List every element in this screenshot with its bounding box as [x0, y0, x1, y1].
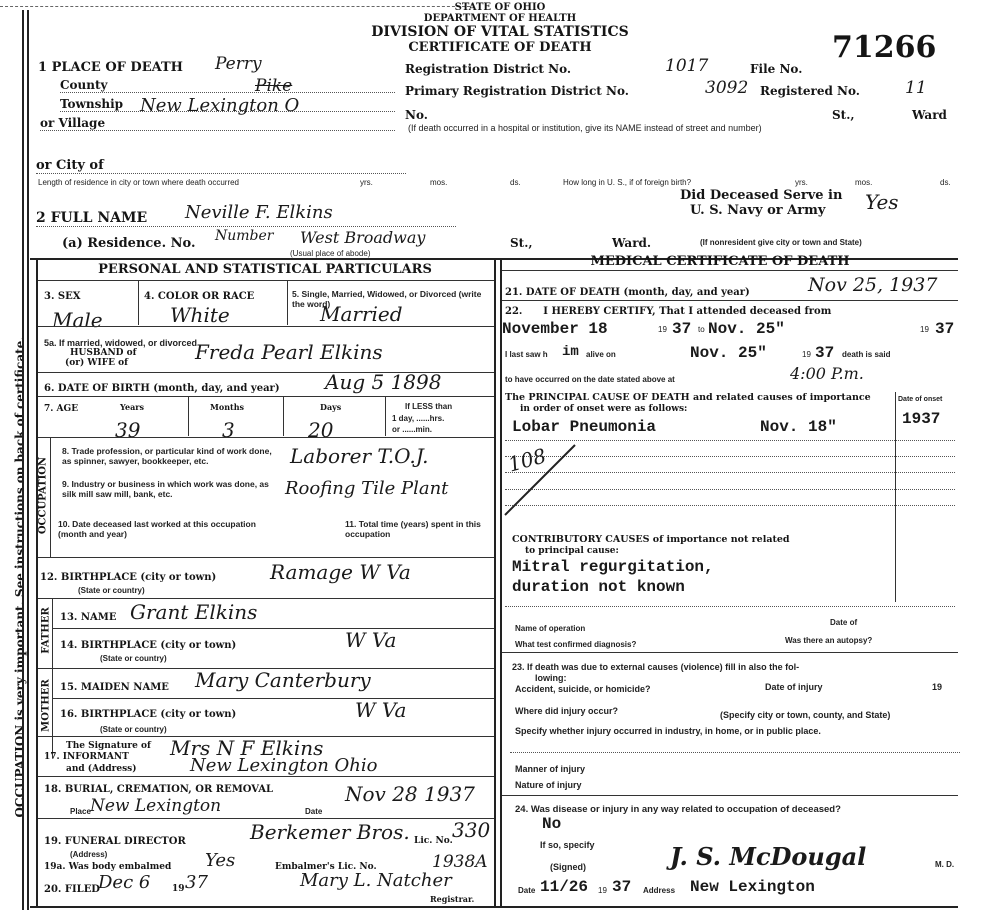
father-state-label: (State or country): [100, 654, 167, 663]
last-saw-year: 37: [815, 344, 834, 362]
if-so-label: If so, specify: [540, 840, 595, 850]
mother-side-label: MOTHER: [41, 666, 52, 746]
years-value: 39: [115, 418, 140, 442]
rule: [502, 270, 958, 271]
rule: [38, 280, 494, 281]
st-label: St.,: [832, 108, 855, 122]
contributory-label-1: CONTRIBUTORY CAUSES of importance not re…: [512, 534, 790, 545]
attended-to-year-prefix: 19: [920, 325, 929, 334]
rule: [38, 557, 494, 558]
residence-label: (a) Residence. No.: [62, 236, 196, 251]
industry-label: 9. Industry or business in which work wa…: [62, 479, 277, 499]
industry-value: Roofing Tile Plant: [285, 478, 448, 499]
attended-from-year: 37: [672, 320, 691, 338]
cause-label-2: in order of onset were as follows:: [520, 404, 687, 414]
rule: [38, 326, 494, 327]
registrar-label: Registrar.: [430, 894, 474, 904]
age-label: 7. AGE: [44, 404, 78, 414]
attended-to-label: to: [698, 325, 705, 334]
father-name-label: 13. NAME: [60, 612, 116, 623]
left-inner-border: [36, 258, 38, 908]
trade-label: 8. Trade profession, or particular kind …: [62, 446, 277, 466]
filed-year-prefix: 19: [172, 884, 185, 894]
attended-from-year-prefix: 19: [658, 325, 667, 334]
embalmed-label: 19a. Was body embalmed: [44, 862, 171, 872]
mother-name-label: 15. MAIDEN NAME: [60, 682, 169, 693]
cause-line: [505, 606, 955, 608]
village-label: or Village: [40, 116, 395, 131]
military-label-2: U. S. Navy or Army: [690, 203, 825, 218]
principal-cause-date: Nov. 18": [760, 418, 837, 436]
filed-date-value: Dec 6: [98, 872, 150, 893]
residence-mos: mos.: [430, 178, 447, 187]
months-label: Months: [210, 402, 244, 412]
no-label: No.: [405, 108, 428, 122]
alive-on-label: alive on: [586, 350, 616, 359]
burial-place-label: Place: [70, 807, 91, 816]
residence-st-label: St.,: [510, 236, 533, 250]
injury-year: 19: [932, 682, 942, 692]
foreign-birth-label: How long in U. S., if of foreign birth?: [563, 178, 691, 187]
rule: [38, 396, 494, 397]
spouse-label-2: HUSBAND of: [70, 348, 136, 358]
rule: [52, 628, 494, 629]
days-value: 20: [308, 418, 333, 442]
village-value: New Lexington O: [140, 95, 299, 116]
father-name-value: Grant Elkins: [130, 600, 257, 624]
signed-value: J. S. McDougal: [670, 842, 866, 871]
last-saw-date: Nov. 25": [690, 344, 767, 362]
occupation-side-label: OCCUPATION: [38, 451, 49, 541]
frame-left-inner: [27, 10, 29, 910]
sex-label: 3. SEX: [44, 291, 81, 302]
death-said-label: death is said: [842, 350, 890, 359]
father-birthplace-label: 14. BIRTHPLACE (city or town): [60, 640, 236, 651]
header-state: STATE OF OHIO: [390, 2, 610, 13]
dob-label: 6. DATE OF BIRTH (month, day, and year): [44, 383, 280, 394]
where-label: Where did injury occur?: [515, 706, 618, 716]
foreign-mos: mos.: [855, 178, 872, 187]
days-label: Days: [320, 402, 341, 412]
operation-label: Name of operation: [515, 624, 585, 633]
rule: [502, 300, 958, 301]
occupation-related-label: 24. Was disease or injury in any way rel…: [515, 804, 841, 815]
contributory-label-2: to principal cause:: [525, 546, 619, 556]
certify-label: 22. I HEREBY CERTIFY, That I attended de…: [505, 306, 831, 317]
primary-district-value: 3092: [705, 78, 748, 98]
principal-cause-value: Lobar Pneumonia: [512, 418, 656, 436]
less-label-1: If LESS than: [405, 402, 452, 411]
cause-line: [510, 752, 960, 754]
burial-label: 18. BURIAL, CREMATION, OR REMOVAL: [44, 784, 273, 795]
city-label: or City of: [36, 158, 406, 174]
rule: [138, 280, 139, 325]
years-label: Years: [120, 402, 144, 412]
place-of-death-label: 1 PLACE OF DEATH: [38, 60, 183, 75]
date-label: Date: [518, 886, 535, 895]
rule: [38, 598, 494, 599]
county-label: County: [60, 78, 395, 93]
rule: [38, 776, 494, 777]
county-value: Perry: [215, 54, 262, 74]
full-name-value: Neville F. Elkins: [185, 202, 333, 223]
test-label: What test confirmed diagnosis?: [515, 640, 636, 649]
checkmark-slash-icon: [500, 440, 580, 520]
rule: [502, 795, 958, 796]
funeral-lic-label: Lic. No.: [414, 836, 453, 846]
center-divider-2: [500, 258, 502, 908]
less-label-3: or ......min.: [392, 425, 432, 434]
funeral-label: 19. FUNERAL DIRECTOR: [44, 836, 186, 847]
funeral-address-label: (Address): [70, 850, 107, 859]
mother-birthplace-value: W Va: [355, 698, 406, 722]
time-value: 4:00 P.m.: [790, 364, 864, 383]
medical-section-title: MEDICAL CERTIFICATE OF DEATH: [520, 254, 920, 269]
registered-no-value: 11: [905, 78, 927, 98]
burial-date-value: Nov 28 1937: [345, 782, 475, 806]
last-worked-label: 10. Date deceased last worked at this oc…: [58, 519, 278, 539]
attended-to-year: 37: [935, 320, 954, 338]
mother-state-label: (State or country): [100, 725, 167, 734]
registrar-value: Mary L. Natcher: [300, 870, 452, 891]
autopsy-label: Was there an autopsy?: [785, 636, 872, 645]
where-note: (Specify city or town, county, and State…: [720, 710, 890, 720]
header-division: DIVISION OF VITAL STATISTICS: [340, 24, 660, 40]
spouse-label-1: 5a. If married, widowed, or divorced: [44, 338, 197, 348]
specify-label: Specify whether injury occurred in indus…: [515, 726, 821, 736]
spouse-value: Freda Pearl Elkins: [195, 340, 383, 364]
rule: [50, 437, 51, 557]
embalmer-lic-value: 1938A: [432, 852, 488, 872]
funeral-lic-value: 330: [452, 818, 490, 842]
residence-ward-label: Ward.: [612, 236, 651, 250]
principal-cause-onset: 1937: [902, 410, 940, 428]
contributory-1-value: Mitral regurgitation,: [512, 558, 714, 576]
embalmed-value: Yes: [205, 850, 235, 871]
residence-yrs: yrs.: [360, 178, 373, 187]
personal-section-title: PERSONAL AND STATISTICAL PARTICULARS: [40, 262, 490, 277]
residence-no-value: Number: [215, 228, 273, 244]
header-department: DEPARTMENT OF HEALTH: [360, 13, 640, 24]
informant-label-2: 17. INFORMANT: [44, 752, 129, 762]
onset-header: Date of onset: [898, 396, 942, 403]
center-divider: [494, 258, 496, 908]
reg-district-value: 1017: [665, 56, 708, 76]
months-value: 3: [222, 418, 235, 442]
side-instruction-note: OCCUPATION is very important. See instru…: [13, 257, 27, 897]
rule: [287, 280, 288, 325]
signed-label: (Signed): [550, 862, 586, 872]
residence-street-value: West Broadway: [300, 228, 425, 247]
hospital-note: (If death occurred in a hospital or inst…: [408, 123, 762, 133]
rule: [38, 437, 494, 438]
foreign-yrs: yrs.: [795, 178, 808, 187]
dod-value: Nov 25, 1937: [808, 274, 937, 296]
ward-label: Ward: [912, 108, 947, 122]
less-label-2: 1 day, ......hrs.: [392, 414, 444, 423]
injury-date-label: Date of injury: [765, 682, 823, 692]
abode-note: (Usual place of abode): [290, 249, 371, 258]
military-value: Yes: [865, 190, 899, 214]
race-value: White: [170, 303, 230, 327]
attended-to-value: Nov. 25": [708, 320, 785, 338]
manner-label: Manner of injury: [515, 764, 585, 774]
township-value: Pike: [255, 76, 292, 96]
rule: [385, 396, 386, 436]
dod-label: 21. DATE OF DEATH (month, day, and year): [505, 287, 750, 298]
primary-district-label: Primary Registration District No.: [405, 84, 629, 98]
birthplace-value: Ramage W Va: [270, 560, 411, 584]
birthplace-state-label: (State or country): [78, 586, 145, 595]
bottom-rule: [30, 906, 958, 908]
occurred-label: to have occurred on the date stated abov…: [505, 375, 675, 384]
rule: [52, 698, 494, 699]
residence-ds: ds.: [510, 178, 521, 187]
burial-place-value: New Lexington: [90, 796, 221, 816]
rule: [52, 598, 53, 758]
certificate-number: 71266: [832, 30, 936, 65]
contributory-2-value: duration not known: [512, 578, 685, 596]
mother-name-value: Mary Canterbury: [195, 668, 371, 692]
marital-value: Married: [320, 302, 403, 326]
funeral-value: Berkemer Bros.: [250, 820, 410, 844]
rule: [502, 652, 958, 653]
frame-left-outer: [22, 10, 24, 910]
dob-value: Aug 5 1898: [325, 370, 441, 394]
signed-date-year-prefix: 19: [598, 886, 607, 895]
father-birthplace-value: W Va: [345, 628, 396, 652]
occupation-related-value: No: [542, 815, 561, 833]
foreign-ds: ds.: [940, 178, 951, 187]
filed-label: 20. FILED: [44, 884, 100, 895]
signed-date-value: 11/26: [540, 878, 588, 896]
mother-birthplace-label: 16. BIRTHPLACE (city or town): [60, 709, 236, 720]
last-saw-label: I last saw h: [505, 350, 548, 359]
spouse-label-3: (or) WIFE of: [65, 358, 128, 368]
informant-label-1: The Signature of: [66, 741, 151, 751]
residence-length-label: Length of residence in city or town wher…: [38, 178, 239, 187]
rule: [38, 818, 494, 819]
rule: [188, 396, 189, 436]
signed-date-year: 37: [612, 878, 631, 896]
address-value: New Lexington: [690, 878, 815, 896]
address-label: Address: [643, 886, 675, 895]
cause-label-1: The PRINCIPAL CAUSE OF DEATH and related…: [505, 392, 871, 403]
trade-value: Laborer T.O.J.: [290, 444, 429, 468]
nonresident-note: (If nonresident give city or town and St…: [700, 238, 862, 247]
md-label: M. D.: [935, 860, 954, 869]
external-label-1: 23. If death was due to external causes …: [512, 662, 799, 672]
attended-from-value: November 18: [502, 320, 608, 338]
rule: [283, 396, 284, 436]
nature-label: Nature of injury: [515, 780, 582, 790]
header-certificate: CERTIFICATE OF DEATH: [370, 40, 630, 55]
reg-district-label: Registration District No.: [405, 62, 571, 76]
total-time-label: 11. Total time (years) spent in this occ…: [345, 519, 490, 539]
filed-year-value: 37: [185, 872, 208, 893]
registered-no-label: Registered No.: [760, 84, 860, 98]
external-label-2: lowing:: [535, 673, 567, 683]
file-no-label: File No.: [750, 62, 802, 76]
father-side-label: FATHER: [41, 591, 52, 671]
operation-date-label: Date of: [830, 618, 857, 627]
sex-value: Male: [52, 308, 103, 332]
birthplace-label: 12. BIRTHPLACE (city or town): [40, 572, 216, 583]
last-saw-year-prefix: 19: [802, 350, 811, 359]
last-saw-pronoun: im: [562, 344, 579, 360]
burial-date-label: Date: [305, 807, 322, 816]
military-label-1: Did Deceased Serve in: [680, 188, 842, 203]
rule: [895, 392, 896, 602]
race-label: 4. COLOR OR RACE: [144, 291, 254, 302]
informant-address-value: New Lexington Ohio: [190, 755, 378, 776]
accident-label: Accident, suicide, or homicide?: [515, 684, 651, 694]
informant-label-3: and (Address): [66, 764, 137, 774]
